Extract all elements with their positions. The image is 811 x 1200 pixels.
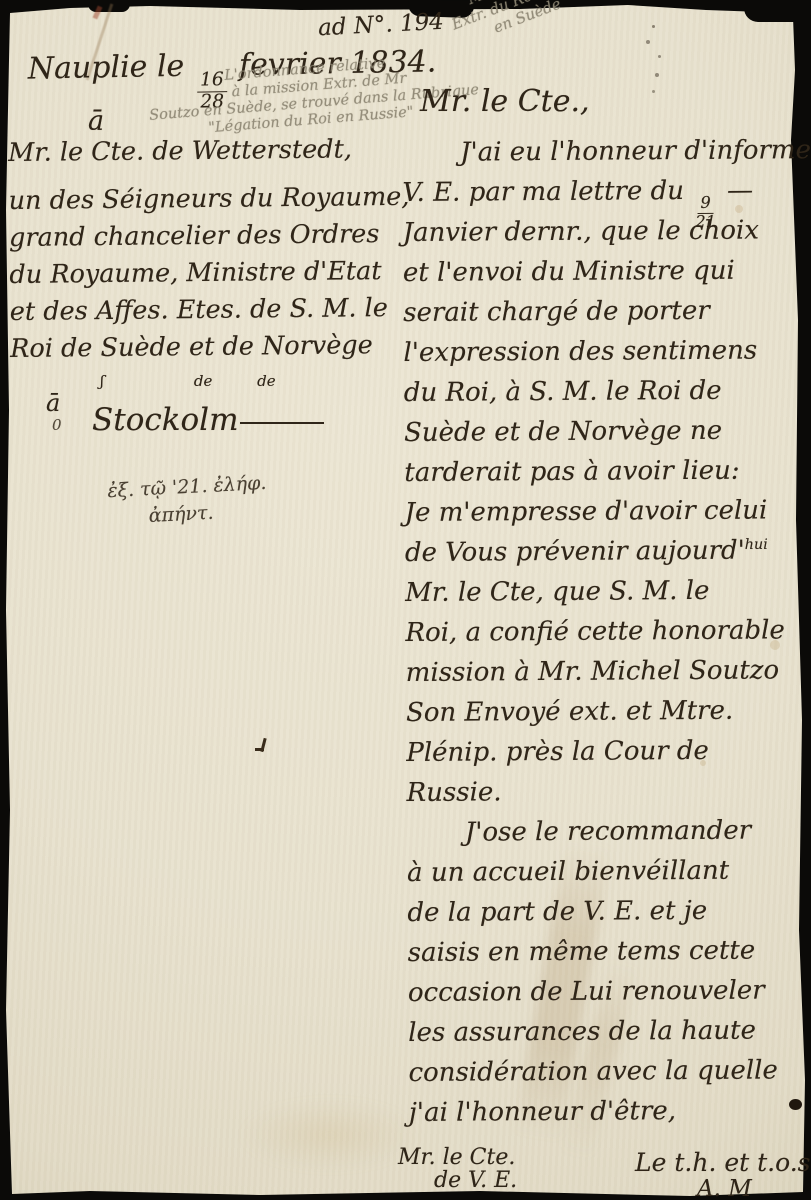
- body-line: et l'envoi du Ministre qui: [403, 255, 811, 298]
- valediction: Le t.h. et t.o.s.: [635, 1148, 811, 1177]
- address-a-mark-2: ā 0: [46, 392, 62, 436]
- body-line: J'ose le recommander: [407, 815, 811, 858]
- body-text: de Vous prévenir aujourd': [405, 536, 745, 568]
- signature-initials: A. M: [697, 1176, 752, 1200]
- body-line: serait chargé de porter: [403, 295, 811, 338]
- body-line: saisis en même tems cette: [408, 935, 811, 978]
- flourish-mark: ʃ: [100, 372, 104, 390]
- recipient-title-line: Roi de Suède et de Norvège: [10, 330, 411, 371]
- body-line: Janvier dernr., que le choix: [403, 215, 811, 258]
- body-lines-group: Mr. le Cte, que S. M. leRoi, a confié ce…: [405, 575, 811, 818]
- body-lines-group: à un accueil bienvéillantde la part de V…: [407, 855, 811, 1138]
- body-line: mission à Mr. Michel Soutzo: [406, 655, 811, 698]
- recipient-block: Mr. le Cte. de Wetterstedt, un des Séign…: [8, 134, 411, 371]
- body-line: Son Envoyé ext. et Mtre.: [406, 695, 811, 738]
- recipient-title-line: et des Affes. Etes. de S. M. le: [10, 293, 411, 334]
- body-line: J'ai eu l'honneur d'informer: [402, 135, 811, 178]
- recipient-title-line: du Royaume, Ministre d'Etat: [9, 256, 410, 297]
- body-line: occasion de Lui renouveler: [408, 975, 811, 1018]
- closing-addressee-line: Mr. le Cte.: [398, 1146, 517, 1169]
- body-line: l'expression des sentimens: [403, 335, 811, 378]
- body-line: tarderait pas à avoir lieu:: [404, 455, 811, 498]
- body-line: j'ai l'honneur d'être,: [409, 1095, 811, 1138]
- body-line-with-superscript: de Vous prévenir aujourd'hui: [405, 535, 811, 578]
- body-lines-group: Janvier dernr., que le choixet l'envoi d…: [403, 215, 811, 538]
- flourish-line: [240, 422, 324, 424]
- registry-note: ἐξ. τῷ '21. ἐλήφ. ἀπήντ.: [107, 470, 269, 532]
- scanned-letter-page: ad N°. 194 Mission Extr. du Roi en Suède…: [0, 0, 811, 1200]
- body-line: du Roi, à S. M. le Roi de: [404, 375, 811, 418]
- recipient-title-line: un des Séigneurs du Royaume,: [9, 182, 410, 223]
- body-line: Plénip. près la Cour de: [406, 735, 811, 778]
- a-mark-sub: 0: [52, 414, 62, 436]
- recipient-titles: un des Séigneurs du Royaume,grand chance…: [9, 182, 412, 371]
- body-text: V. E. par ma lettre du: [402, 176, 684, 208]
- body-line: Je m'empresse d'avoir celui: [405, 495, 811, 538]
- address-a-mark: ā: [88, 106, 104, 137]
- city-line: Stockolm: [92, 402, 324, 438]
- body-line: Russie.: [406, 775, 811, 818]
- city-name: Stockolm: [92, 402, 238, 438]
- recipient-name: Mr. le Cte. de Wetterstedt,: [8, 134, 409, 186]
- body-line: de la part de V. E. et je: [407, 895, 811, 938]
- recipient-title-line: grand chancelier des Ordres: [9, 219, 410, 260]
- superscript-text: hui: [745, 537, 768, 553]
- closing-addressee: Mr. le Cte. de V. E.: [398, 1146, 517, 1192]
- scan-edge-blob: [88, 0, 130, 12]
- body-line: à un accueil bienvéillant: [407, 855, 811, 898]
- body-line: Suède et de Norvège ne: [404, 415, 811, 458]
- body-line-with-fraction: V. E. par ma lettre du 921 —: [402, 175, 811, 218]
- body-line: Mr. le Cte, que S. M. le: [405, 575, 811, 618]
- scan-edge-corner: [744, 0, 811, 22]
- flourish-marks: ʃ de de: [100, 372, 276, 390]
- body-line: Roi, a confié cette honorable: [405, 615, 811, 658]
- a-mark: ā: [46, 392, 62, 414]
- letter-body: J'ai eu l'honneur d'informer V. E. par m…: [402, 135, 811, 1138]
- closing-addressee-line: de V. E.: [434, 1169, 517, 1192]
- flourish-mark: de: [194, 372, 212, 390]
- flourish-mark: de: [257, 372, 275, 390]
- salutation: Mr. le Cte.,: [420, 84, 590, 119]
- body-line: les assurances de la haute: [408, 1015, 811, 1058]
- body-line: considération avec la quelle: [408, 1055, 811, 1098]
- body-text: —: [727, 176, 753, 206]
